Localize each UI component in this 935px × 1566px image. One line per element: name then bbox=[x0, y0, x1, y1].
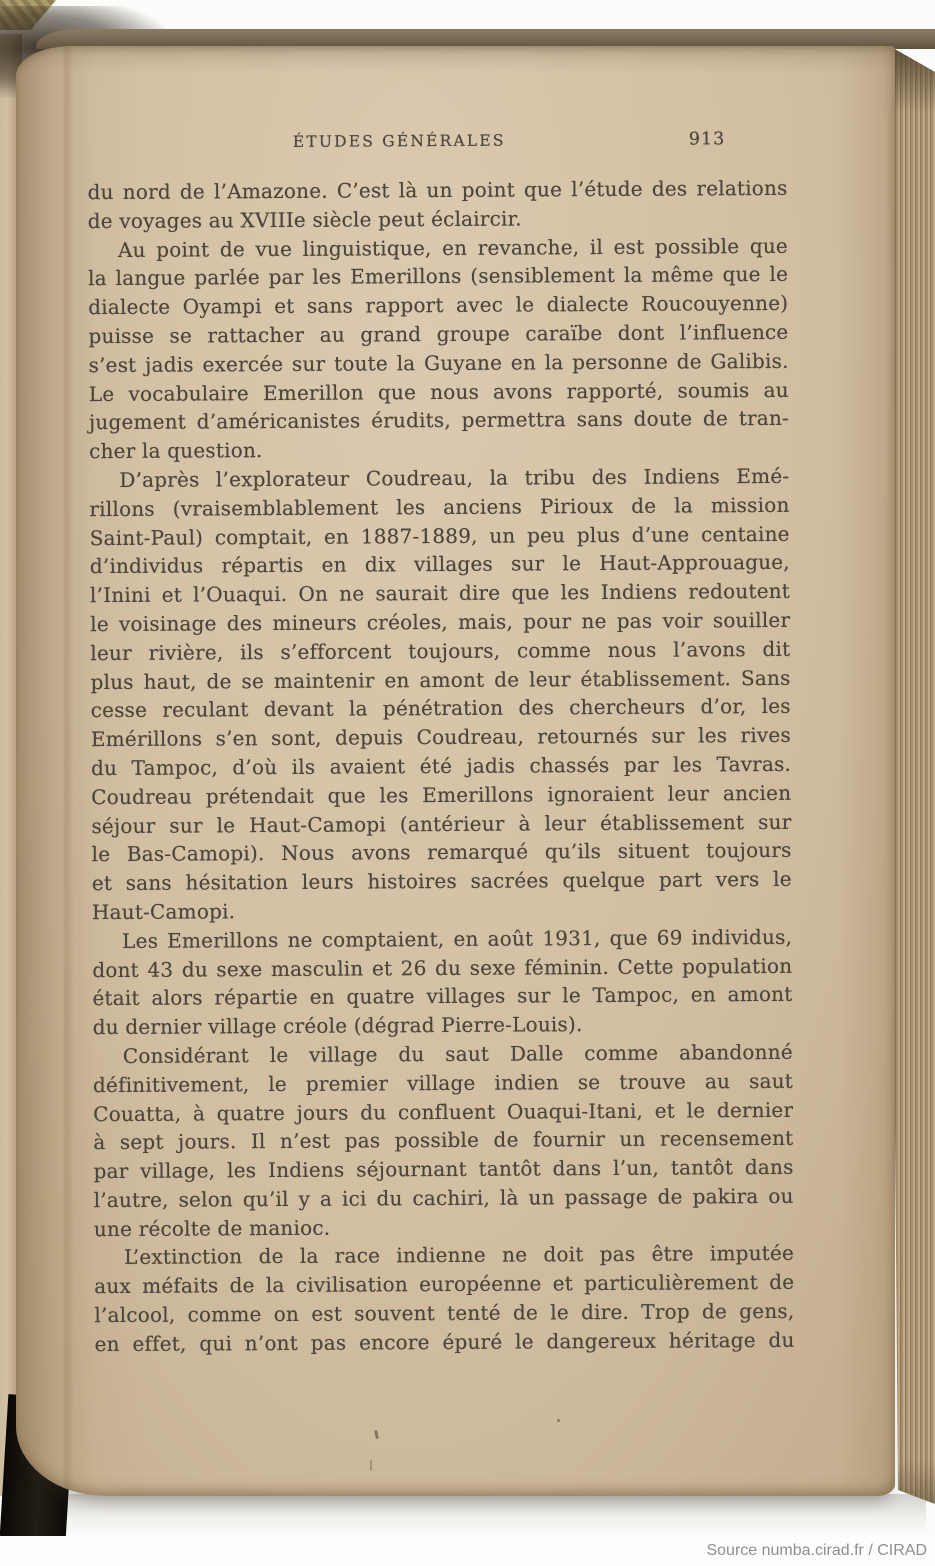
text-line: dialecte Oyampi et sans rapport avec le … bbox=[88, 289, 788, 322]
paragraph: D’après l’explorateur Coudreau, la tribu… bbox=[89, 462, 792, 927]
text-line: en effet, qui n’ont pas encore épuré le … bbox=[95, 1326, 795, 1359]
book-page: ÉTUDES GÉNÉRALES 913 du nord de l’Amazon… bbox=[16, 46, 895, 1496]
text-line: la langue parlée par les Emerillons (sen… bbox=[88, 260, 788, 293]
footer-bar: Source numba.cirad.fr / CIRAD bbox=[0, 1536, 935, 1566]
text-line: Emérillons s’en sont, depuis Coudreau, r… bbox=[91, 721, 791, 754]
text-line: Les Emerillons ne comptaient, en août 19… bbox=[92, 923, 792, 956]
text-line: Au point de vue linguistique, en revanch… bbox=[88, 231, 788, 264]
text-line: le voisinage des mineurs créoles, mais, … bbox=[90, 606, 790, 639]
text-line: du Tampoc, d’où ils avaient été jadis ch… bbox=[91, 750, 791, 783]
text-line: de voyages au XVIIIe siècle peut éclairc… bbox=[88, 203, 788, 236]
text-line: aux méfaits de la civilisation européenn… bbox=[94, 1268, 794, 1301]
paragraph: Au point de vue linguistique, en revanch… bbox=[88, 231, 789, 466]
text-line: cesse reculant devant la pénétration des… bbox=[91, 692, 791, 725]
text-line: L’extinction de la race indienne ne doit… bbox=[94, 1239, 794, 1272]
text-line: leur rivière, ils s’efforcent toujours, … bbox=[90, 635, 790, 668]
text-line: l’autre, selon qu’il y a ici du cachiri,… bbox=[94, 1182, 794, 1215]
paragraph: Les Emerillons ne comptaient, en août 19… bbox=[92, 923, 793, 1042]
text-line: une récolte de manioc. bbox=[94, 1211, 794, 1244]
text-line: était alors répartie en quatre villages … bbox=[92, 980, 792, 1013]
text-line: Couatta, à quatre jours du confluent Oua… bbox=[93, 1095, 793, 1128]
text-line: Saint-Paul) comptait, en 1887-1889, un p… bbox=[90, 519, 790, 552]
text-line: s’est jadis exercée sur toute la Guyane … bbox=[89, 347, 789, 380]
text-line: d’individus répartis en dix villages sur… bbox=[90, 548, 790, 581]
text-line: du dernier village créole (dégrad Pierre… bbox=[93, 1009, 793, 1042]
page-header: ÉTUDES GÉNÉRALES 913 bbox=[87, 130, 787, 158]
text-line: D’après l’explorateur Coudreau, la tribu… bbox=[89, 462, 789, 495]
text-line: rillons (vraisemblablement les anciens P… bbox=[89, 491, 789, 524]
text-line: Haut-Camopi. bbox=[92, 894, 792, 927]
text-line: jugement d’américanistes érudits, permet… bbox=[89, 404, 789, 437]
text-line: définitivement, le premier village indie… bbox=[93, 1067, 793, 1100]
text-line: dont 43 du sexe masculin et 26 du sexe f… bbox=[92, 951, 792, 984]
text-line: Coudreau prétendait que les Emerillons i… bbox=[91, 779, 791, 812]
text-line: du nord de l’Amazone. C’est là un point … bbox=[87, 174, 787, 207]
text-block: du nord de l’Amazone. C’est là un point … bbox=[87, 174, 794, 1359]
text-line: l’alcool, comme on est souvent tenté de … bbox=[94, 1297, 794, 1330]
running-title: ÉTUDES GÉNÉRALES bbox=[87, 130, 711, 152]
text-line: Le vocabulaire Emerillon que nous avons … bbox=[89, 375, 789, 408]
page-bottom-shadow bbox=[26, 1494, 926, 1534]
paragraph: Considérant le village du saut Dalle com… bbox=[93, 1038, 794, 1244]
text-line: à sept jours. Il n’est pas possible de f… bbox=[93, 1124, 793, 1157]
text-line: et sans hésitation leurs histoires sacré… bbox=[92, 865, 792, 898]
paragraph: du nord de l’Amazone. C’est là un point … bbox=[87, 174, 787, 236]
page-number: 913 bbox=[689, 129, 726, 149]
text-line: le Bas-Camopi). Nous avons remarqué qu’i… bbox=[92, 836, 792, 869]
text-line: séjour sur le Haut-Camopi (antérieur à l… bbox=[91, 807, 791, 840]
text-line: puisse se rattacher au grand groupe cara… bbox=[88, 318, 788, 351]
text-line: par village, les Indiens séjournant tant… bbox=[93, 1153, 793, 1186]
text-line: cher la question. bbox=[89, 433, 789, 466]
paragraph: L’extinction de la race indienne ne doit… bbox=[94, 1239, 795, 1358]
text-line: l’Inini et l’Ouaqui. On ne saurait dire … bbox=[90, 577, 790, 610]
source-attribution: Source numba.cirad.fr / CIRAD bbox=[706, 1542, 927, 1560]
page-content: ÉTUDES GÉNÉRALES 913 du nord de l’Amazon… bbox=[87, 44, 796, 1498]
text-line: Considérant le village du saut Dalle com… bbox=[93, 1038, 793, 1071]
ink-speck bbox=[557, 1419, 560, 1422]
ink-speck bbox=[370, 1460, 372, 1471]
text-line: plus haut, de se maintenir en amont de l… bbox=[90, 663, 790, 696]
